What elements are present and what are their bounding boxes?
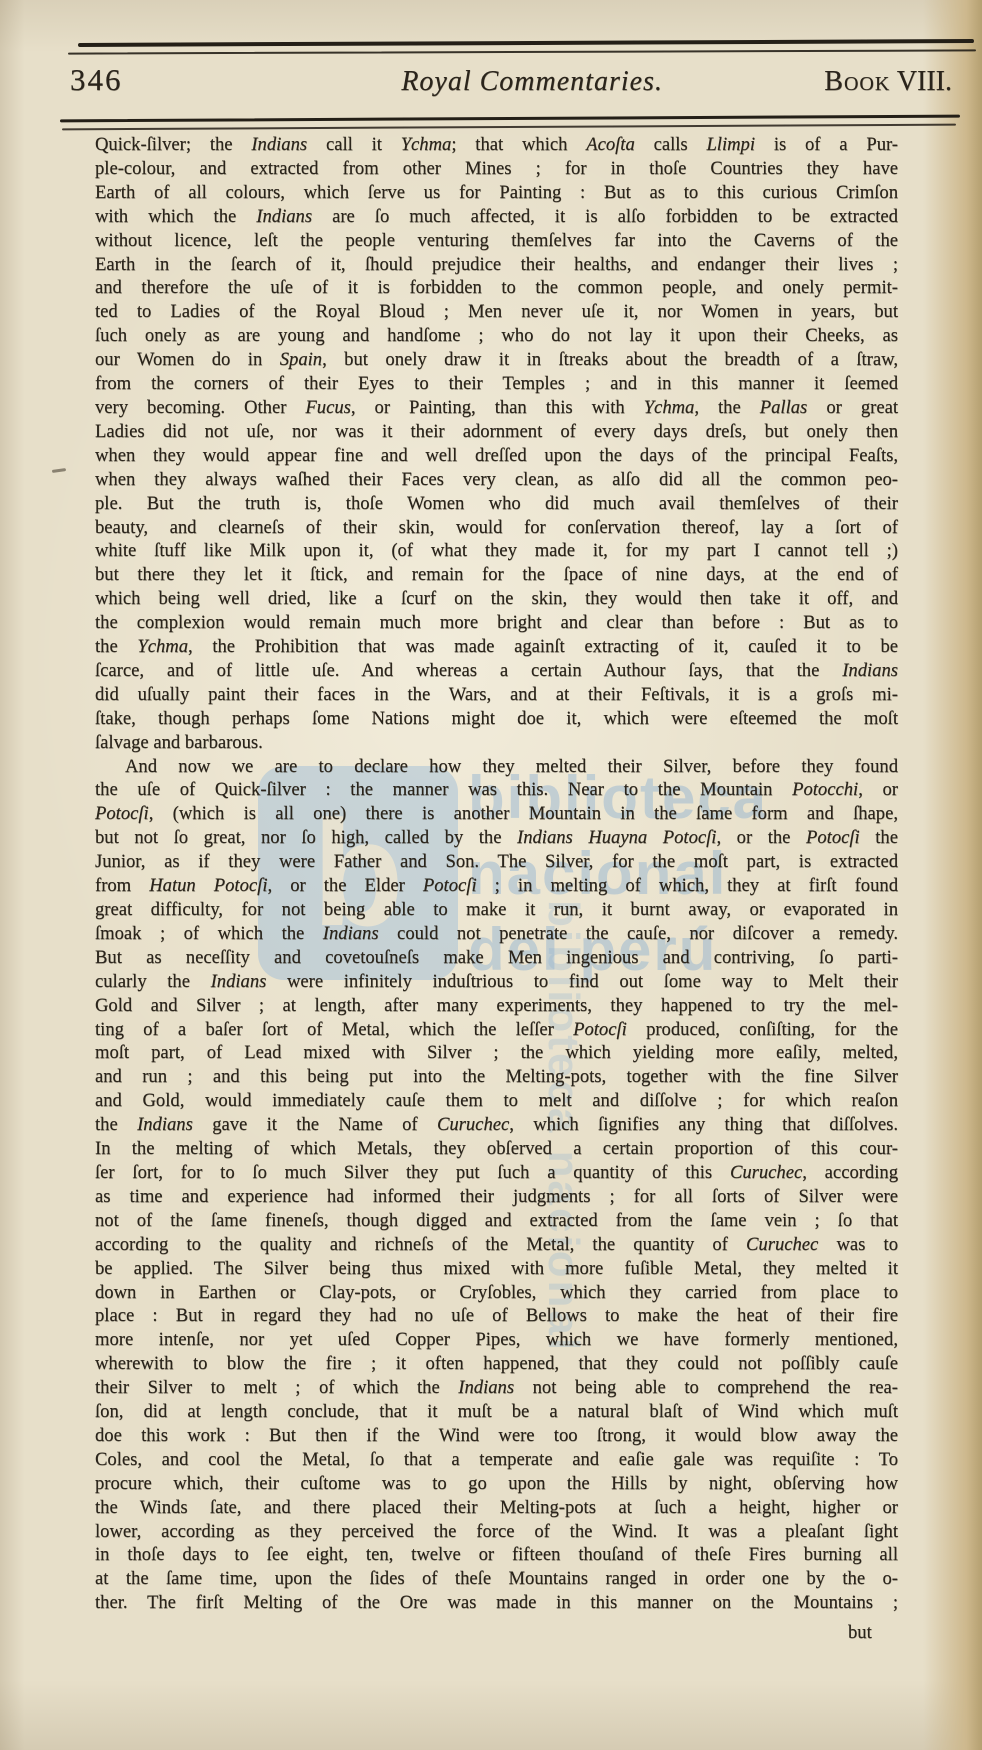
- text-line: and therefore the uſe of it is forbidden…: [95, 276, 898, 300]
- text-line: ſcarce, and of little uſe. And whereas a…: [95, 659, 898, 683]
- text-line: Potocſi, (which is all one) there is ano…: [95, 802, 898, 826]
- text-line: the Indians gave it the Name of Curuchec…: [95, 1113, 898, 1137]
- book-page: 346 Royal Commentaries. Book VIII. b bib…: [0, 0, 982, 1750]
- paragraph: And now we are to declare how they melte…: [95, 755, 898, 1616]
- text-line: But as neceſſity and covetouſneſs make M…: [95, 946, 898, 970]
- text-line: wherewith to blow the fire ; it often ha…: [95, 1352, 898, 1376]
- text-line: ple. But the truth is, thoſe Women who d…: [95, 492, 898, 516]
- book-label: Book VIII.: [824, 66, 952, 98]
- text-line: ſalvage and barbarous.: [95, 731, 898, 755]
- text-line: procure which, their cuſtome was to go u…: [95, 1472, 898, 1496]
- text-line: from the corners of their Eyes to their …: [95, 372, 898, 396]
- header-rule-inner: [62, 124, 956, 130]
- text-line: ple-colour, and extracted from other Min…: [95, 157, 898, 181]
- text-line: down in Earthen or Clay-pots, or Cryſobl…: [95, 1281, 898, 1305]
- text-line: In the melting of which Metals, they obſ…: [95, 1137, 898, 1161]
- text-line: with which the Indians are ſo much affec…: [95, 205, 898, 229]
- text-line: ſmoak ; of which the Indians could not p…: [95, 922, 898, 946]
- text-line: as time and experience had informed thei…: [95, 1185, 898, 1209]
- text-line: And now we are to declare how they melte…: [95, 755, 898, 779]
- text-line: Gold and Silver ; at length, after many …: [95, 994, 898, 1018]
- text-line: the complexion would remain much more br…: [95, 611, 898, 635]
- text-line: Ladies did not uſe, nor was it their ado…: [95, 420, 898, 444]
- text-line: Junior, as if they were Father and Son. …: [95, 850, 898, 874]
- top-rule-outer: [78, 39, 974, 47]
- text-line: did uſually paint their faces in the War…: [95, 683, 898, 707]
- text-line: place : But in regard they had no uſe of…: [95, 1304, 898, 1328]
- text-line: great difficulty, for not being able to …: [95, 898, 898, 922]
- text-line: not of the ſame fineneſs, though digged …: [95, 1209, 898, 1233]
- catchword: but: [848, 1622, 872, 1644]
- top-rule-inner: [68, 49, 976, 54]
- text-line: which being well dried, like a ſcurf on …: [95, 587, 898, 611]
- text-line: at the ſame time, upon the ſides of theſ…: [95, 1567, 898, 1591]
- text-line: doe this work : But then if the Wind wer…: [95, 1424, 898, 1448]
- text-line: the Ychma, the Prohibition that was made…: [95, 635, 898, 659]
- margin-mark: [52, 468, 66, 473]
- text-line: ſer ſort, for to ſo much Silver they put…: [95, 1161, 898, 1185]
- text-line: ſtake, though perhaps ſome Nations might…: [95, 707, 898, 731]
- text-line: Coles, and cool the Metal, ſo that a tem…: [95, 1448, 898, 1472]
- text-line: ſon, did at length conclude, that it muſ…: [95, 1400, 898, 1424]
- text-line: without licence, leſt the people venturi…: [95, 229, 898, 253]
- text-block: Quick-ſilver; the Indians call it Ychma;…: [95, 133, 898, 1615]
- text-line: their Silver to melt ; of which the Indi…: [95, 1376, 898, 1400]
- text-line: Earth in the ſearch of it, ſhould prejud…: [95, 253, 898, 277]
- text-line: Earth of all colours, which ſerve us for…: [95, 181, 898, 205]
- text-line: Quick-ſilver; the Indians call it Ychma;…: [95, 133, 898, 157]
- text-line: very becoming. Other Fucus, or Painting,…: [95, 396, 898, 420]
- running-title: Royal Commentaries.: [240, 66, 824, 98]
- text-line: more intenſe, nor yet uſed Copper Pipes,…: [95, 1328, 898, 1352]
- text-line: be applied. The Silver being thus mixed …: [95, 1257, 898, 1281]
- text-line: from Hatun Potocſi, or the Elder Potocſi…: [95, 874, 898, 898]
- paragraph: Quick-ſilver; the Indians call it Ychma;…: [95, 133, 898, 755]
- text-line: ting of a baſer ſort of Metal, which the…: [95, 1018, 898, 1042]
- text-line: moſt part, of Lead mixed with Silver ; t…: [95, 1041, 898, 1065]
- text-line: lower, according as they perceived the f…: [95, 1520, 898, 1544]
- book-word: Book: [824, 66, 890, 97]
- text-line: in thoſe days to ſee eight, ten, twelve …: [95, 1543, 898, 1567]
- text-line: ted to Ladies of the Royal Bloud ; Men n…: [95, 300, 898, 324]
- text-line: when they would appear fine and well dre…: [95, 444, 898, 468]
- text-line: ther. The firſt Melting of the Ore was m…: [95, 1591, 898, 1615]
- running-header: 346 Royal Commentaries. Book VIII.: [70, 62, 952, 98]
- text-line: the Winds ſate, and there placed their M…: [95, 1496, 898, 1520]
- text-line: our Women do in Spain, but onely draw it…: [95, 348, 898, 372]
- text-line: but not ſo great, nor ſo high, called by…: [95, 826, 898, 850]
- text-line: and Gold, would immediately cauſe them t…: [95, 1089, 898, 1113]
- page-number: 346: [70, 62, 240, 98]
- text-line: white ſtuff like Milk upon it, (of what …: [95, 539, 898, 563]
- text-line: the uſe of Quick-ſilver : the manner was…: [95, 778, 898, 802]
- book-numeral: VIII.: [897, 66, 952, 97]
- header-rule-outer: [60, 115, 960, 123]
- text-line: but there they let it ſtick, and remain …: [95, 563, 898, 587]
- text-line: ſuch onely as are young and handſome ; w…: [95, 324, 898, 348]
- text-line: according to the quality and richneſs of…: [95, 1233, 898, 1257]
- text-line: and run ; and this being put into the Me…: [95, 1065, 898, 1089]
- text-line: beauty, and clearneſs of their skin, wou…: [95, 516, 898, 540]
- text-line: when they always waſhed their Faces very…: [95, 468, 898, 492]
- text-line: cularly the Indians were infinitely indu…: [95, 970, 898, 994]
